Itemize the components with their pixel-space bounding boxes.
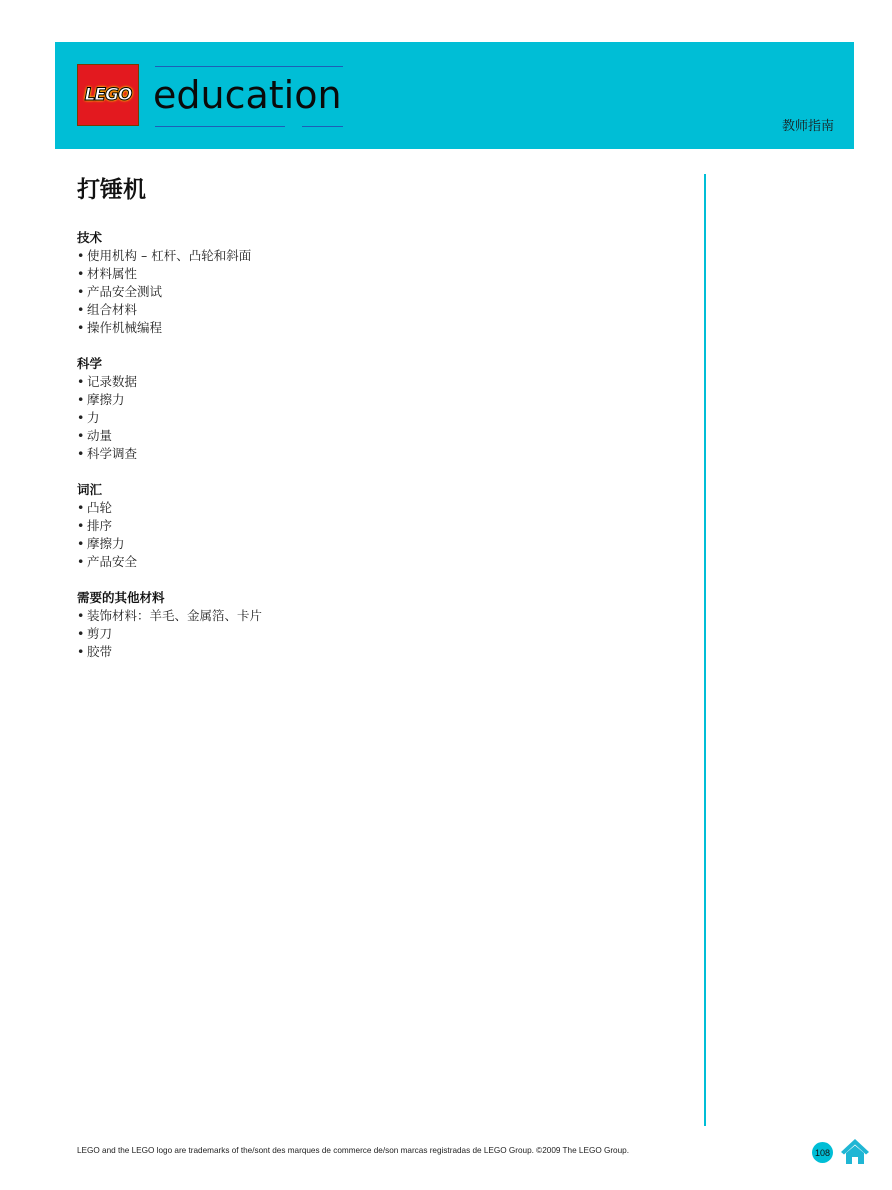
page-number-badge: 108	[812, 1142, 833, 1163]
bullet-icon: •	[77, 517, 87, 535]
section-materials: 需要的其他材料 •装饰材料：羊毛、金属箔、卡片 •剪刀 •胶带	[77, 589, 677, 661]
list-item: •记录数据	[77, 373, 677, 391]
list-item: •力	[77, 409, 677, 427]
bullet-icon: •	[77, 373, 87, 391]
list-item: •科学调查	[77, 445, 677, 463]
bullet-icon: •	[77, 247, 87, 265]
logo-rule-bottom-right	[302, 126, 343, 127]
vertical-divider	[704, 174, 706, 1126]
trademark-notice: LEGO and the LEGO logo are trademarks of…	[77, 1146, 629, 1155]
list-item: •材料属性	[77, 265, 677, 283]
list-item: •产品安全	[77, 553, 677, 571]
bullet-icon: •	[77, 319, 87, 337]
section-vocabulary: 词汇 •凸轮 •排序 •摩擦力 •产品安全	[77, 481, 677, 571]
logo-rule-top	[155, 66, 343, 67]
logo-rule-bottom-left	[155, 126, 285, 127]
bullet-icon: •	[77, 445, 87, 463]
bullet-icon: •	[77, 301, 87, 319]
section-heading: 需要的其他材料	[77, 589, 677, 607]
page-title: 打锤机	[77, 171, 146, 204]
list-item: •摩擦力	[77, 535, 677, 553]
list-item: •组合材料	[77, 301, 677, 319]
list-item: •摩擦力	[77, 391, 677, 409]
content-body: 技术 •使用机构 – 杠杆、凸轮和斜面 •材料属性 •产品安全测试 •组合材料 …	[77, 229, 677, 679]
list-item: •操作机械编程	[77, 319, 677, 337]
section-technology: 技术 •使用机构 – 杠杆、凸轮和斜面 •材料属性 •产品安全测试 •组合材料 …	[77, 229, 677, 337]
bullet-icon: •	[77, 553, 87, 571]
list-item: •剪刀	[77, 625, 677, 643]
list-item: •装饰材料：羊毛、金属箔、卡片	[77, 607, 677, 625]
bullet-icon: •	[77, 499, 87, 517]
section-heading: 词汇	[77, 481, 677, 499]
lego-logo: LEGO	[77, 64, 139, 126]
bullet-icon: •	[77, 535, 87, 553]
bullet-icon: •	[77, 427, 87, 445]
lego-logo-text: LEGO	[85, 85, 132, 105]
list-item: •产品安全测试	[77, 283, 677, 301]
brand-word: education	[153, 72, 342, 118]
list-item: •排序	[77, 517, 677, 535]
section-heading: 科学	[77, 355, 677, 373]
teacher-guide-label: 教师指南	[782, 115, 834, 134]
list-item: •动量	[77, 427, 677, 445]
home-icon[interactable]	[840, 1137, 870, 1165]
section-heading: 技术	[77, 229, 677, 247]
section-science: 科学 •记录数据 •摩擦力 •力 •动量 •科学调查	[77, 355, 677, 463]
bullet-icon: •	[77, 607, 87, 625]
header-banner: LEGO education 教师指南	[55, 42, 854, 149]
list-item: •凸轮	[77, 499, 677, 517]
bullet-icon: •	[77, 409, 87, 427]
list-item: •使用机构 – 杠杆、凸轮和斜面	[77, 247, 677, 265]
bullet-icon: •	[77, 265, 87, 283]
bullet-icon: •	[77, 391, 87, 409]
bullet-icon: •	[77, 643, 87, 661]
bullet-icon: •	[77, 625, 87, 643]
bullet-icon: •	[77, 283, 87, 301]
list-item: •胶带	[77, 643, 677, 661]
